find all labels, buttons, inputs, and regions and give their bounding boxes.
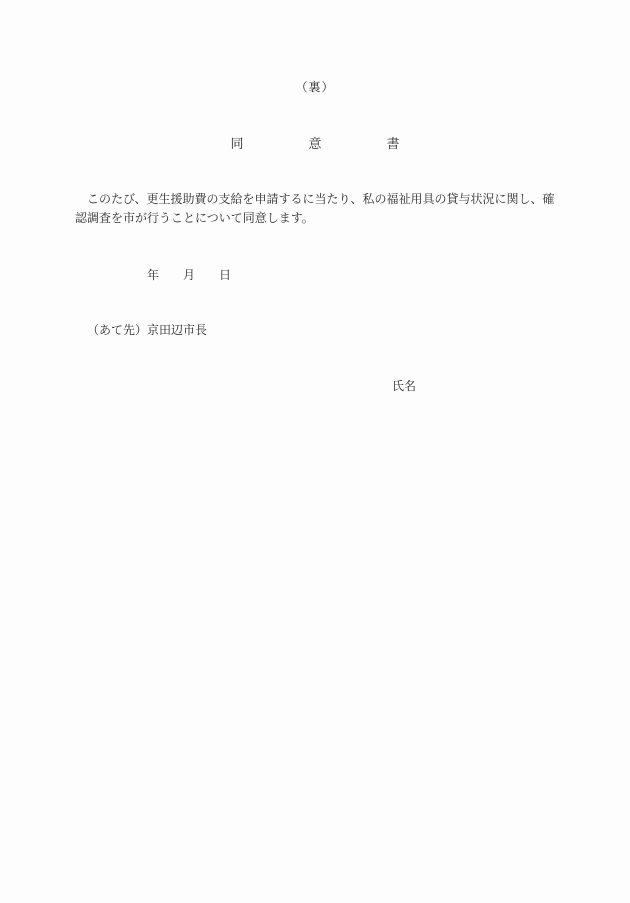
body-paragraph: このたび、更生援助費の支給を申請するに当たり、私の福祉用具の貸与状況に関し、確認… [75,190,559,228]
date-line: 年 月 日 [147,268,231,282]
side-label: （裏） [0,80,630,94]
name-label: 氏名 [392,379,416,393]
document-title: 同 意 書 [0,136,630,152]
addressee-line: （あて先）京田辺市長 [87,323,207,337]
document-page: （裏） 同 意 書 このたび、更生援助費の支給を申請するに当たり、私の福祉用具の… [0,0,630,903]
